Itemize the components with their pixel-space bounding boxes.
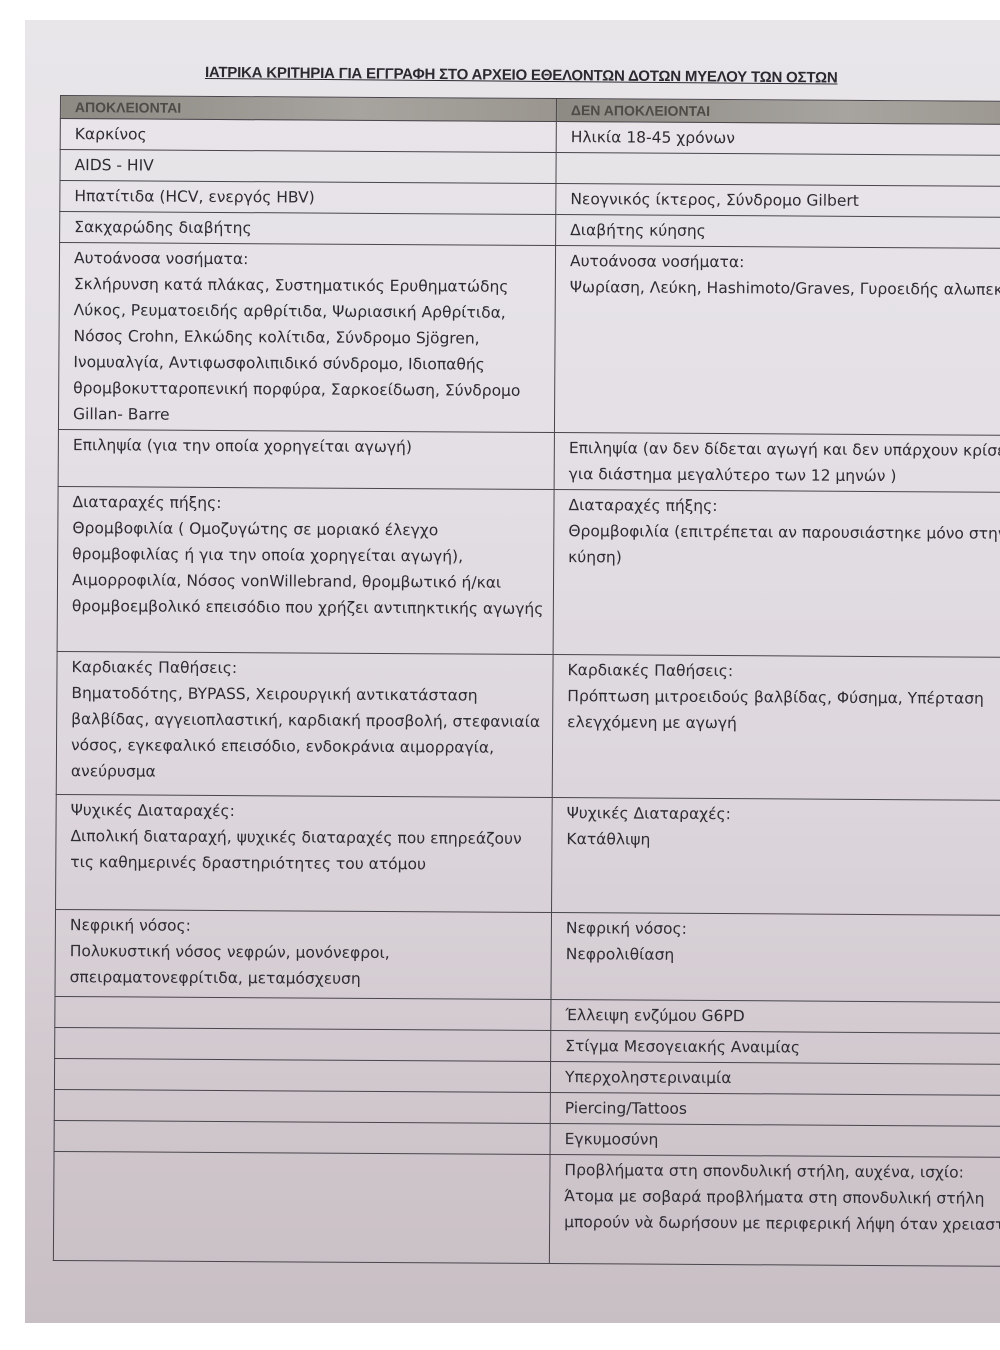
cell-not-excluded: Διαταραχές πήξης:Θρομβοφιλία (επιτρέπετα… <box>553 490 1000 658</box>
criterion-text: Ηλικία 18-45 χρόνων <box>571 124 1000 153</box>
category-heading: Αυτοάνοσα νοσήματα: <box>570 248 1000 277</box>
cell-excluded: Ηπατίτιδα (HCV, ενεργός HBV) <box>60 181 556 215</box>
category-heading: Αυτοάνοσα νοσήματα: <box>74 245 549 274</box>
table-row: Νεφρική νόσος:Πολυκυστική νόσος νεφρών, … <box>55 909 1000 1002</box>
cell-excluded <box>55 1027 551 1061</box>
cell-not-excluded: Επιληψία (αν δεν δίδεται αγωγή και δεν υ… <box>554 433 1000 493</box>
cell-not-excluded: Ψυχικές Διαταραχές:Κατάθλιψη <box>552 798 1000 916</box>
criterion-text: Έλλειψη ενζύμου G6PD <box>565 1002 1000 1031</box>
category-heading: Διαταραχές πήξης: <box>568 492 1000 521</box>
cell-excluded: Καρδιακές Παθήσεις:Βηματοδότης, BYPASS, … <box>56 651 553 797</box>
cell-not-excluded: Καρδιακές Παθήσεις:Πρόπτωση μιτροειδούς … <box>552 655 1000 801</box>
cell-excluded <box>54 1058 550 1092</box>
cell-excluded: Διαταραχές πήξης:Θρομβοφιλία ( Ομοζυγώτη… <box>57 486 554 654</box>
criteria-table: ΑΠΟΚΛΕΙΟΝΤΑΙ ΔΕΝ ΑΠΟΚΛΕΙΟΝΤΑΙ ΚαρκίνοςΗλ… <box>53 95 1000 1267</box>
category-heading: Ψυχικές Διαταραχές: <box>567 800 1000 829</box>
criterion-text: Πρόπτωση μιτροειδούς βαλβίδας, Φύσημα, Υ… <box>567 683 1000 738</box>
table-row: Ψυχικές Διαταραχές:Διπολική διαταραχή, ψ… <box>56 794 1000 915</box>
criterion-text: Πολυκυστική νόσος νεφρών, μονόνεφροι, σπ… <box>70 938 545 993</box>
cell-excluded: Αυτοάνοσα νοσήματα:Σκλήρυνση κατά πλάκας… <box>58 243 555 433</box>
criterion-text: Καρκίνος <box>75 121 550 150</box>
table-row: Αυτοάνοσα νοσήματα:Σκλήρυνση κατά πλάκας… <box>58 243 1000 436</box>
criterion-text: Ηπατίτιδα (HCV, ενεργός HBV) <box>74 183 549 212</box>
criterion-text: Νεφρολιθίαση <box>566 941 1000 970</box>
cell-not-excluded <box>556 153 1000 187</box>
criterion-text: Διαβήτης κύησης <box>570 217 1000 246</box>
header-excluded: ΑΠΟΚΛΕΙΟΝΤΑΙ <box>60 96 556 122</box>
cell-not-excluded: Εγκυμοσύνη <box>550 1124 1000 1158</box>
criterion-text: Υπερχοληστεριναιμία <box>565 1064 1000 1093</box>
category-heading: Ψυχικές Διαταραχές: <box>71 797 546 826</box>
header-not-excluded: ΔΕΝ ΑΠΟΚΛΕΙΟΝΤΑΙ <box>556 99 1000 125</box>
category-heading: Καρδιακές Παθήσεις: <box>567 657 1000 686</box>
table-row: Καρδιακές Παθήσεις:Βηματοδότης, BYPASS, … <box>56 651 1000 800</box>
cell-excluded <box>54 1120 550 1154</box>
criterion-text: Θρομβοφιλία (επιτρέπεται αν παρουσιάστηκ… <box>568 518 1000 573</box>
criterion-text: Άτομα με σοβαρά προβλήματα στη σπονδυλικ… <box>564 1183 1000 1238</box>
criterion-text: Σακχαρώδης διαβήτης <box>74 214 549 243</box>
cell-not-excluded: Προβλήματα στη σπονδυλική στήλη, αυχένα,… <box>549 1155 1000 1267</box>
cell-not-excluded: Έλλειψη ενζύμου G6PD <box>551 1000 1000 1034</box>
criterion-text: Ψωρίαση, Λεύκη, Hashimoto/Graves, Γυροει… <box>570 274 1000 303</box>
cell-excluded: AIDS - HIV <box>60 150 556 184</box>
cell-excluded <box>53 1151 550 1263</box>
cell-not-excluded: Νεφρική νόσος:Νεφρολιθίαση <box>551 913 1000 1003</box>
criterion-text: Διπολική διαταραχή, ψυχικές διαταραχές π… <box>70 823 545 878</box>
criterion-text: Βηματοδότης, BYPASS, Χειρουργική αντικατ… <box>71 680 547 787</box>
cell-not-excluded: Υπερχοληστεριναιμία <box>550 1062 1000 1096</box>
criterion-text: Νεογνικός ίκτερος, Σύνδρομο Gilbert <box>570 186 1000 215</box>
criterion-text: AIDS - HIV <box>74 152 549 181</box>
cell-excluded: Επιληψία (για την οποία χορηγείται αγωγή… <box>58 429 554 489</box>
cell-not-excluded: Διαβήτης κύησης <box>556 215 1000 249</box>
criterion-text: Εγκυμοσύνη <box>565 1126 1000 1155</box>
cell-excluded: Σακχαρώδης διαβήτης <box>60 212 556 246</box>
cell-not-excluded: Νεογνικός ίκτερος, Σύνδρομο Gilbert <box>556 184 1000 218</box>
cell-not-excluded: Piercing/Tattoos <box>550 1093 1000 1127</box>
criterion-text: Κατάθλιψη <box>566 826 1000 855</box>
table-row: Διαταραχές πήξης:Θρομβοφιλία ( Ομοζυγώτη… <box>57 486 1000 657</box>
cell-excluded: Καρκίνος <box>60 119 556 153</box>
criterion-text: Στίγμα Μεσογειακής Αναιμίας <box>565 1033 1000 1062</box>
cell-excluded: Νεφρική νόσος:Πολυκυστική νόσος νεφρών, … <box>55 909 552 999</box>
category-heading: Προβλήματα στη σπονδυλική στήλη, αυχένα,… <box>564 1157 1000 1186</box>
criterion-text: Επιληψία (αν δεν δίδεται αγωγή και δεν υ… <box>569 435 1000 490</box>
category-heading: Διαταραχές πήξης: <box>72 489 547 518</box>
cell-excluded <box>54 1089 550 1123</box>
cell-not-excluded: Ηλικία 18-45 χρόνων <box>556 122 1000 156</box>
cell-excluded: Ψυχικές Διαταραχές:Διπολική διαταραχή, ψ… <box>56 794 553 912</box>
cell-excluded <box>55 996 551 1030</box>
table-row: Επιληψία (για την οποία χορηγείται αγωγή… <box>58 429 1000 492</box>
table-row: Προβλήματα στη σπονδυλική στήλη, αυχένα,… <box>53 1151 1000 1266</box>
cell-not-excluded: Αυτοάνοσα νοσήματα:Ψωρίαση, Λεύκη, Hashi… <box>554 246 1000 436</box>
criterion-text: Θρομβοφιλία ( Ομοζυγώτης σε μοριακό έλεγ… <box>72 515 548 622</box>
category-heading: Νεφρική νόσος: <box>566 915 1000 944</box>
criterion-text: Piercing/Tattoos <box>565 1095 1000 1124</box>
table-body: ΚαρκίνοςΗλικία 18-45 χρόνωνAIDS - HIVΗπα… <box>53 119 1000 1267</box>
criterion-text: Σκλήρυνση κατά πλάκας, Συστηματικός Ερυθ… <box>73 271 549 430</box>
category-heading: Καρδιακές Παθήσεις: <box>71 654 546 683</box>
criterion-text: Επιληψία (για την οποία χορηγείται αγωγή… <box>73 432 548 461</box>
cell-not-excluded: Στίγμα Μεσογειακής Αναιμίας <box>551 1031 1000 1065</box>
category-heading: Νεφρική νόσος: <box>70 912 545 941</box>
